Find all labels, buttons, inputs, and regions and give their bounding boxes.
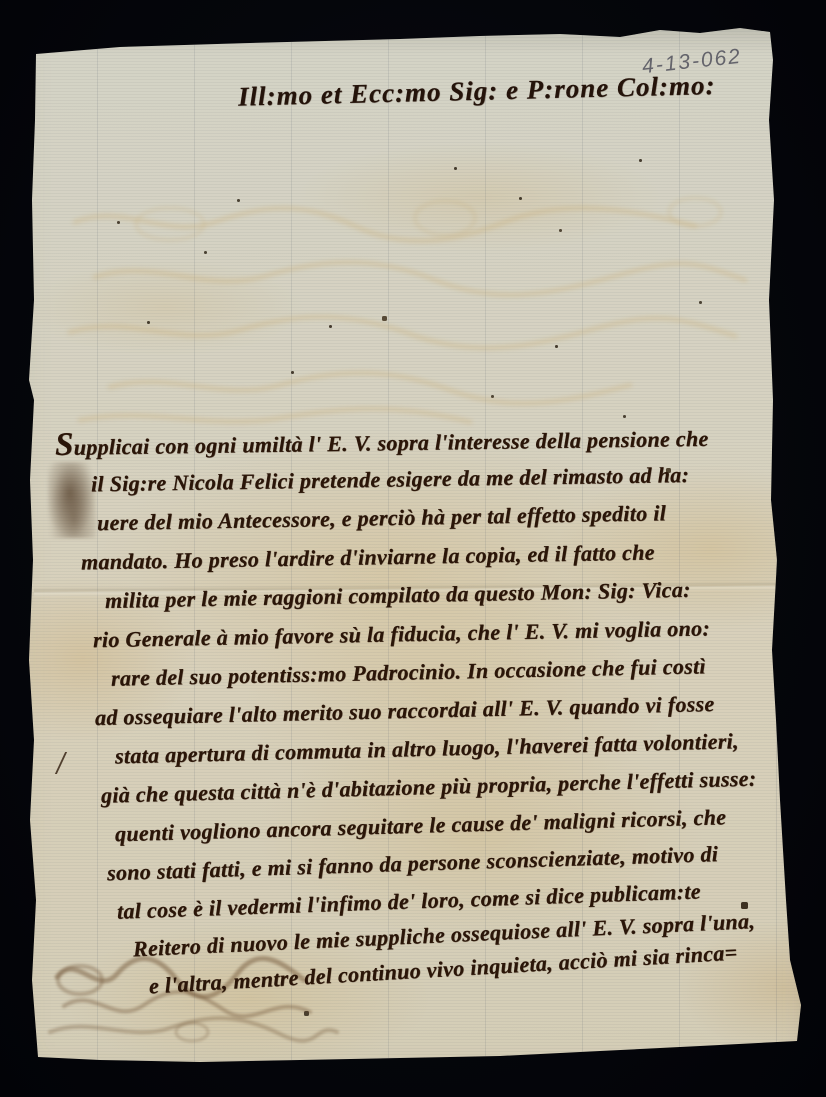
photo-backdrop: 4-13-062 Ill:mo et Ecc:mo Sig: e P:rone … [0, 0, 826, 1097]
manuscript-paper: 4-13-062 Ill:mo et Ecc:mo Sig: e P:rone … [0, 0, 826, 1097]
verso-bleedthrough-ghost [55, 182, 755, 432]
letter-salutation: Ill:mo et Ecc:mo Sig: e P:rone Col:mo: [238, 70, 699, 112]
letter-body: Supplicai con ogni umiltà l' E. V. sopra… [53, 426, 795, 1011]
foxing-specks [0, 0, 1, 1]
